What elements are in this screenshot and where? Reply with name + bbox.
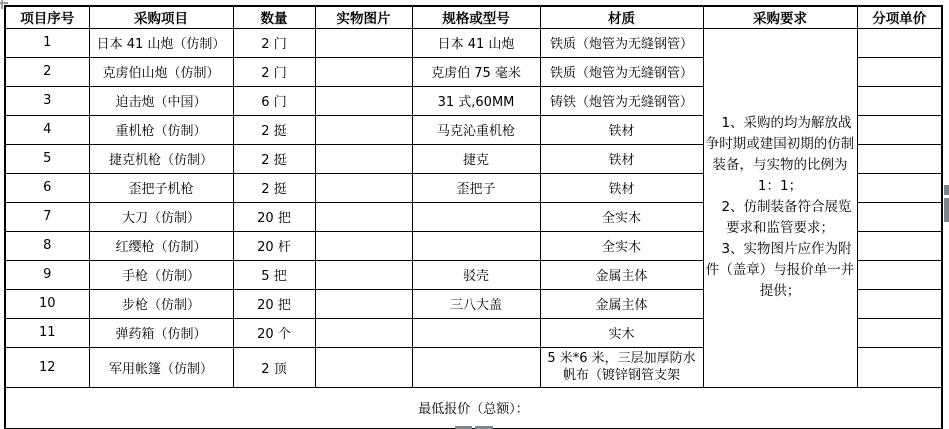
cell-no[interactable]: 7 <box>5 202 89 231</box>
vertical-scrollbar-thumb[interactable] <box>944 185 949 195</box>
document-page: 项目序号 采购项目 数量 实物图片 规格或型号 材质 采购要求 分项单价 1 日… <box>0 0 949 429</box>
cell-unit-price[interactable] <box>857 202 942 231</box>
cell-item[interactable]: 军用帐篷（仿制） <box>89 347 233 387</box>
procurement-table: 项目序号 采购项目 数量 实物图片 规格或型号 材质 采购要求 分项单价 1 日… <box>4 5 943 429</box>
cell-no[interactable]: 5 <box>5 144 89 173</box>
cell-item[interactable]: 克虏伯山炮（仿制） <box>89 57 233 86</box>
cell-unit-price[interactable] <box>857 289 942 318</box>
cell-no[interactable]: 12 <box>5 347 89 387</box>
cell-photo[interactable] <box>315 86 412 115</box>
requirement-1: 1、采购的均为解放战争时期或建国初期的仿制装备，与实物的比例为 1：1； <box>706 113 855 197</box>
table-row-1: 1 日本 41 山炮（仿制） 2 门 日本 41 山炮 铁质（炮管为无缝钢管） … <box>5 28 942 57</box>
cell-spec[interactable] <box>412 231 540 260</box>
cell-qty[interactable]: 5 把 <box>233 260 315 289</box>
cell-unit-price[interactable] <box>857 173 942 202</box>
cell-qty[interactable]: 20 把 <box>233 202 315 231</box>
cell-item[interactable]: 迫击炮（中国） <box>89 86 233 115</box>
cell-unit-price[interactable] <box>857 86 942 115</box>
cell-no[interactable]: 6 <box>5 173 89 202</box>
cell-no[interactable]: 10 <box>5 289 89 318</box>
cell-item[interactable]: 弹药箱（仿制） <box>89 318 233 347</box>
cell-spec[interactable] <box>412 318 540 347</box>
cell-photo[interactable] <box>315 231 412 260</box>
column-header-spec[interactable]: 规格或型号 <box>412 6 540 28</box>
cell-material[interactable]: 铁质（炮管为无缝钢管） <box>540 28 703 57</box>
cell-material[interactable]: 铁质（炮管为无缝钢管） <box>540 57 703 86</box>
cell-unit-price[interactable] <box>857 115 942 144</box>
lowest-price-cell[interactable]: 最低报价（总额）： <box>5 387 942 429</box>
cell-material[interactable]: 实木 <box>540 318 703 347</box>
cell-qty[interactable]: 6 门 <box>233 86 315 115</box>
cell-spec[interactable]: 驳壳 <box>412 260 540 289</box>
cell-photo[interactable] <box>315 289 412 318</box>
cell-material[interactable]: 全实木 <box>540 231 703 260</box>
cell-photo[interactable] <box>315 28 412 57</box>
requirement-3: 3、实物图片应作为附件（盖章）与报价单一并提供； <box>706 239 855 302</box>
column-header-qty[interactable]: 数量 <box>233 6 315 28</box>
cell-unit-price[interactable] <box>857 318 942 347</box>
cell-material[interactable]: 5 米*6 米，三层加厚防水帆布（镀锌钢管支架 <box>540 347 703 387</box>
cell-qty[interactable]: 2 挺 <box>233 115 315 144</box>
footer-row: 最低报价（总额）： <box>5 387 942 429</box>
cell-unit-price[interactable] <box>857 28 942 57</box>
cell-spec[interactable] <box>412 202 540 231</box>
cell-qty[interactable]: 2 门 <box>233 28 315 57</box>
cell-qty[interactable]: 20 把 <box>233 289 315 318</box>
cell-no[interactable]: 2 <box>5 57 89 86</box>
column-header-requirements[interactable]: 采购要求 <box>703 6 857 28</box>
cell-unit-price[interactable] <box>857 347 942 387</box>
cell-spec[interactable]: 歪把子 <box>412 173 540 202</box>
cell-qty[interactable]: 20 杆 <box>233 231 315 260</box>
cell-photo[interactable] <box>315 115 412 144</box>
cell-spec[interactable]: 日本 41 山炮 <box>412 28 540 57</box>
cell-photo[interactable] <box>315 57 412 86</box>
cell-spec[interactable]: 捷克 <box>412 144 540 173</box>
column-header-no[interactable]: 项目序号 <box>5 6 89 28</box>
cell-no[interactable]: 11 <box>5 318 89 347</box>
cell-item[interactable]: 手枪（仿制） <box>89 260 233 289</box>
cell-material[interactable]: 铁材 <box>540 115 703 144</box>
cell-photo[interactable] <box>315 202 412 231</box>
cell-material[interactable]: 全实木 <box>540 202 703 231</box>
cell-no[interactable]: 4 <box>5 115 89 144</box>
cell-photo[interactable] <box>315 260 412 289</box>
cell-photo[interactable] <box>315 173 412 202</box>
cell-material[interactable]: 铸铁（炮管为无缝钢管） <box>540 86 703 115</box>
cell-qty[interactable]: 2 顶 <box>233 347 315 387</box>
cell-requirements[interactable]: 1、采购的均为解放战争时期或建国初期的仿制装备，与实物的比例为 1：1； 2、仿… <box>703 28 857 387</box>
cell-qty[interactable]: 2 挺 <box>233 144 315 173</box>
cell-no[interactable]: 3 <box>5 86 89 115</box>
cell-photo[interactable] <box>315 318 412 347</box>
column-header-material[interactable]: 材质 <box>540 6 703 28</box>
cell-material[interactable]: 铁材 <box>540 144 703 173</box>
cell-material[interactable]: 金属主体 <box>540 289 703 318</box>
cell-photo[interactable] <box>315 144 412 173</box>
column-header-photo[interactable]: 实物图片 <box>315 6 412 28</box>
cell-spec[interactable]: 三八大盖 <box>412 289 540 318</box>
cell-qty[interactable]: 2 挺 <box>233 173 315 202</box>
cell-spec[interactable]: 31 式,60MM <box>412 86 540 115</box>
cell-item[interactable]: 步枪（仿制） <box>89 289 233 318</box>
cell-item[interactable]: 日本 41 山炮（仿制） <box>89 28 233 57</box>
cell-photo[interactable] <box>315 347 412 387</box>
table-move-handle-horizontal <box>0 2 8 4</box>
cell-unit-price[interactable] <box>857 231 942 260</box>
cell-no[interactable]: 8 <box>5 231 89 260</box>
cell-item[interactable]: 红缨枪（仿制） <box>89 231 233 260</box>
cell-spec[interactable]: 马克沁重机枪 <box>412 115 540 144</box>
cell-spec[interactable] <box>412 347 540 387</box>
cell-unit-price[interactable] <box>857 144 942 173</box>
cell-item[interactable]: 大刀（仿制） <box>89 202 233 231</box>
header-row: 项目序号 采购项目 数量 实物图片 规格或型号 材质 采购要求 分项单价 <box>5 6 942 28</box>
cell-item[interactable]: 重机枪（仿制） <box>89 115 233 144</box>
cell-no[interactable]: 9 <box>5 260 89 289</box>
cell-no[interactable]: 1 <box>5 28 89 57</box>
column-header-item[interactable]: 采购项目 <box>89 6 233 28</box>
cell-unit-price[interactable] <box>857 57 942 86</box>
requirement-2: 2、仿制装备符合展览要求和监管要求； <box>706 197 855 239</box>
cell-qty[interactable]: 20 个 <box>233 318 315 347</box>
cell-item[interactable]: 歪把子机枪 <box>89 173 233 202</box>
cell-qty[interactable]: 2 门 <box>233 57 315 86</box>
cell-item[interactable]: 捷克机枪（仿制） <box>89 144 233 173</box>
cell-material[interactable]: 铁材 <box>540 173 703 202</box>
vertical-scrollbar-thumb[interactable] <box>944 198 949 222</box>
cell-unit-price[interactable] <box>857 260 942 289</box>
cell-material[interactable]: 金属主体 <box>540 260 703 289</box>
column-header-unit-price[interactable]: 分项单价 <box>857 6 942 28</box>
cell-spec[interactable]: 克虏伯 75 毫米 <box>412 57 540 86</box>
